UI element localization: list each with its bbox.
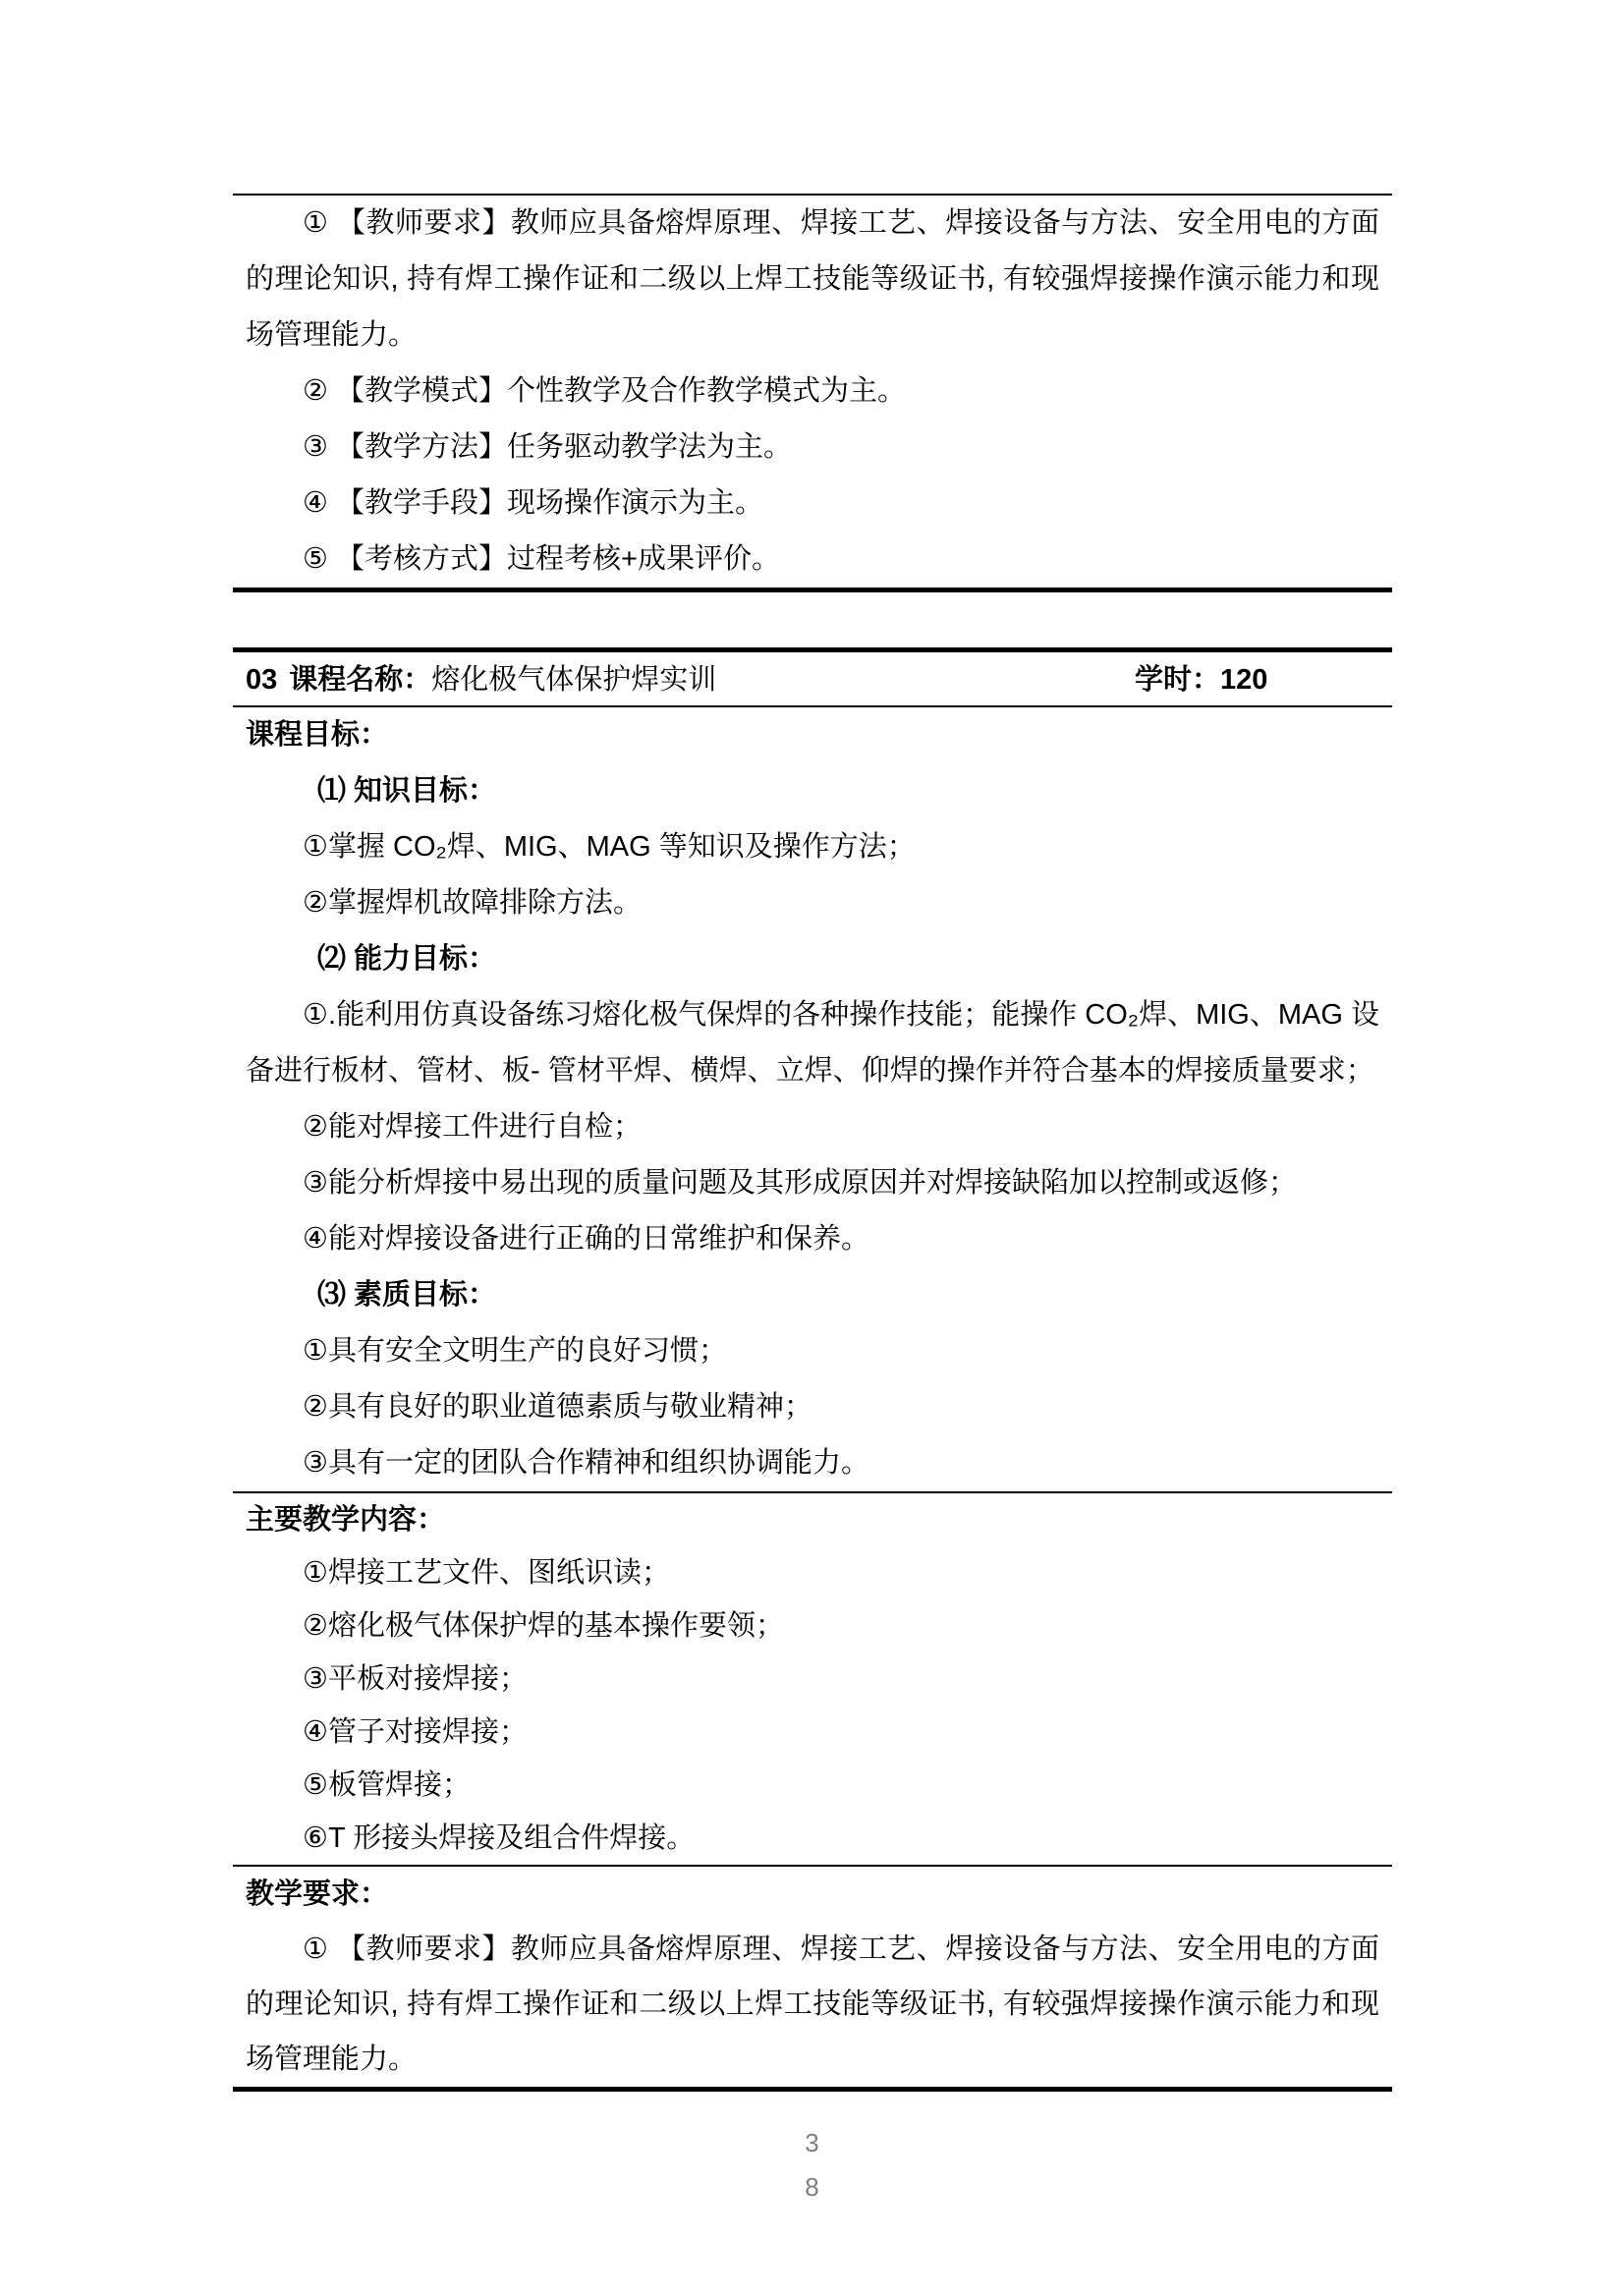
course-name-label: 课程名称： (289, 664, 431, 696)
teaching-content-row: 主要教学内容： ①焊接工艺文件、图纸识读； ②熔化极气体保护焊的基本操作要领； … (233, 1493, 1392, 1867)
course-03-table: 03课程名称：熔化极气体保护焊实训 学时：120 课程目标： ⑴ 知识目标： ①… (233, 647, 1392, 2092)
assessment-item: ⑤ 【考核方式】过程考核+成果评价。 (246, 532, 1379, 588)
teaching-content-item: ④管子对接焊接； (246, 1706, 1379, 1759)
course-hours: 学时：120 (1135, 652, 1267, 707)
ability-goal-item: ②能对焊接工件进行自检； (246, 1099, 1379, 1155)
quality-goal-item: ③具有一定的团队合作精神和组织协调能力。 (246, 1435, 1379, 1491)
teaching-mode-item: ② 【教学模式】个性教学及合作教学模式为主。 (246, 364, 1379, 420)
document-page: ① 【教师要求】教师应具备熔焊原理、焊接工艺、焊接设备与方法、安全用电的方面的理… (0, 0, 1624, 2296)
quality-goals-heading: ⑶ 素质目标： (246, 1267, 1379, 1323)
ability-goal-item: ④能对焊接设备进行正确的日常维护和保养。 (246, 1211, 1379, 1267)
secondary-page-number: 8 (0, 2174, 1624, 2200)
course-number: 03 (246, 664, 277, 696)
teaching-method-item: ③ 【教学方法】任务驱动教学法为主。 (246, 420, 1379, 476)
course-header-row: 03课程名称：熔化极气体保护焊实训 学时：120 (233, 652, 1392, 707)
ability-goal-item: ③能分析焊接中易出现的质量问题及其形成原因并对焊接缺陷加以控制或返修； (246, 1155, 1379, 1211)
page-number: 3 (0, 2130, 1624, 2156)
course-goals-heading: 课程目标： (246, 707, 1379, 763)
teaching-content-item: ③平板对接焊接； (246, 1652, 1379, 1706)
quality-goal-item: ②具有良好的职业道德素质与敬业精神； (246, 1379, 1379, 1435)
knowledge-goal-item: ①掌握 CO₂焊、MIG、MAG 等知识及操作方法； (246, 819, 1379, 875)
knowledge-goals-heading: ⑴ 知识目标： (246, 763, 1379, 819)
teaching-content-item: ⑥T 形接头焊接及组合件焊接。 (246, 1812, 1379, 1865)
course-goals-row: 课程目标： ⑴ 知识目标： ①掌握 CO₂焊、MIG、MAG 等知识及操作方法；… (233, 707, 1392, 1493)
teaching-content-heading: 主要教学内容： (246, 1493, 1379, 1546)
teaching-content-item: ②熔化极气体保护焊的基本操作要领； (246, 1599, 1379, 1652)
ability-goals-heading: ⑵ 能力目标： (246, 931, 1379, 987)
previous-course-requirements-section: ① 【教师要求】教师应具备熔焊原理、焊接工艺、焊接设备与方法、安全用电的方面的理… (233, 194, 1392, 592)
teaching-means-item: ④ 【教学手段】现场操作演示为主。 (246, 476, 1379, 532)
teaching-requirements-heading: 教学要求： (246, 1867, 1379, 1922)
course-hours-label: 学时： (1135, 664, 1220, 696)
teaching-content-item: ⑤板管焊接； (246, 1759, 1379, 1812)
teaching-content-item: ①焊接工艺文件、图纸识读； (246, 1546, 1379, 1599)
quality-goal-item: ①具有安全文明生产的良好习惯； (246, 1323, 1379, 1379)
teacher-requirement-paragraph: ① 【教师要求】教师应具备熔焊原理、焊接工艺、焊接设备与方法、安全用电的方面的理… (246, 196, 1379, 364)
teacher-requirement-paragraph: ① 【教师要求】教师应具备熔焊原理、焊接工艺、焊接设备与方法、安全用电的方面的理… (246, 1922, 1379, 2087)
teaching-requirements-row: 教学要求： ① 【教师要求】教师应具备熔焊原理、焊接工艺、焊接设备与方法、安全用… (233, 1867, 1392, 2087)
course-title: 03课程名称： (246, 664, 431, 696)
knowledge-goal-item: ②掌握焊机故障排除方法。 (246, 875, 1379, 931)
course-hours-value: 120 (1220, 664, 1267, 696)
course-name: 熔化极气体保护焊实训 (431, 664, 716, 696)
ability-goal-item: ①.能利用仿真设备练习熔化极气保焊的各种操作技能；能操作 CO₂焊、MIG、MA… (246, 987, 1379, 1099)
